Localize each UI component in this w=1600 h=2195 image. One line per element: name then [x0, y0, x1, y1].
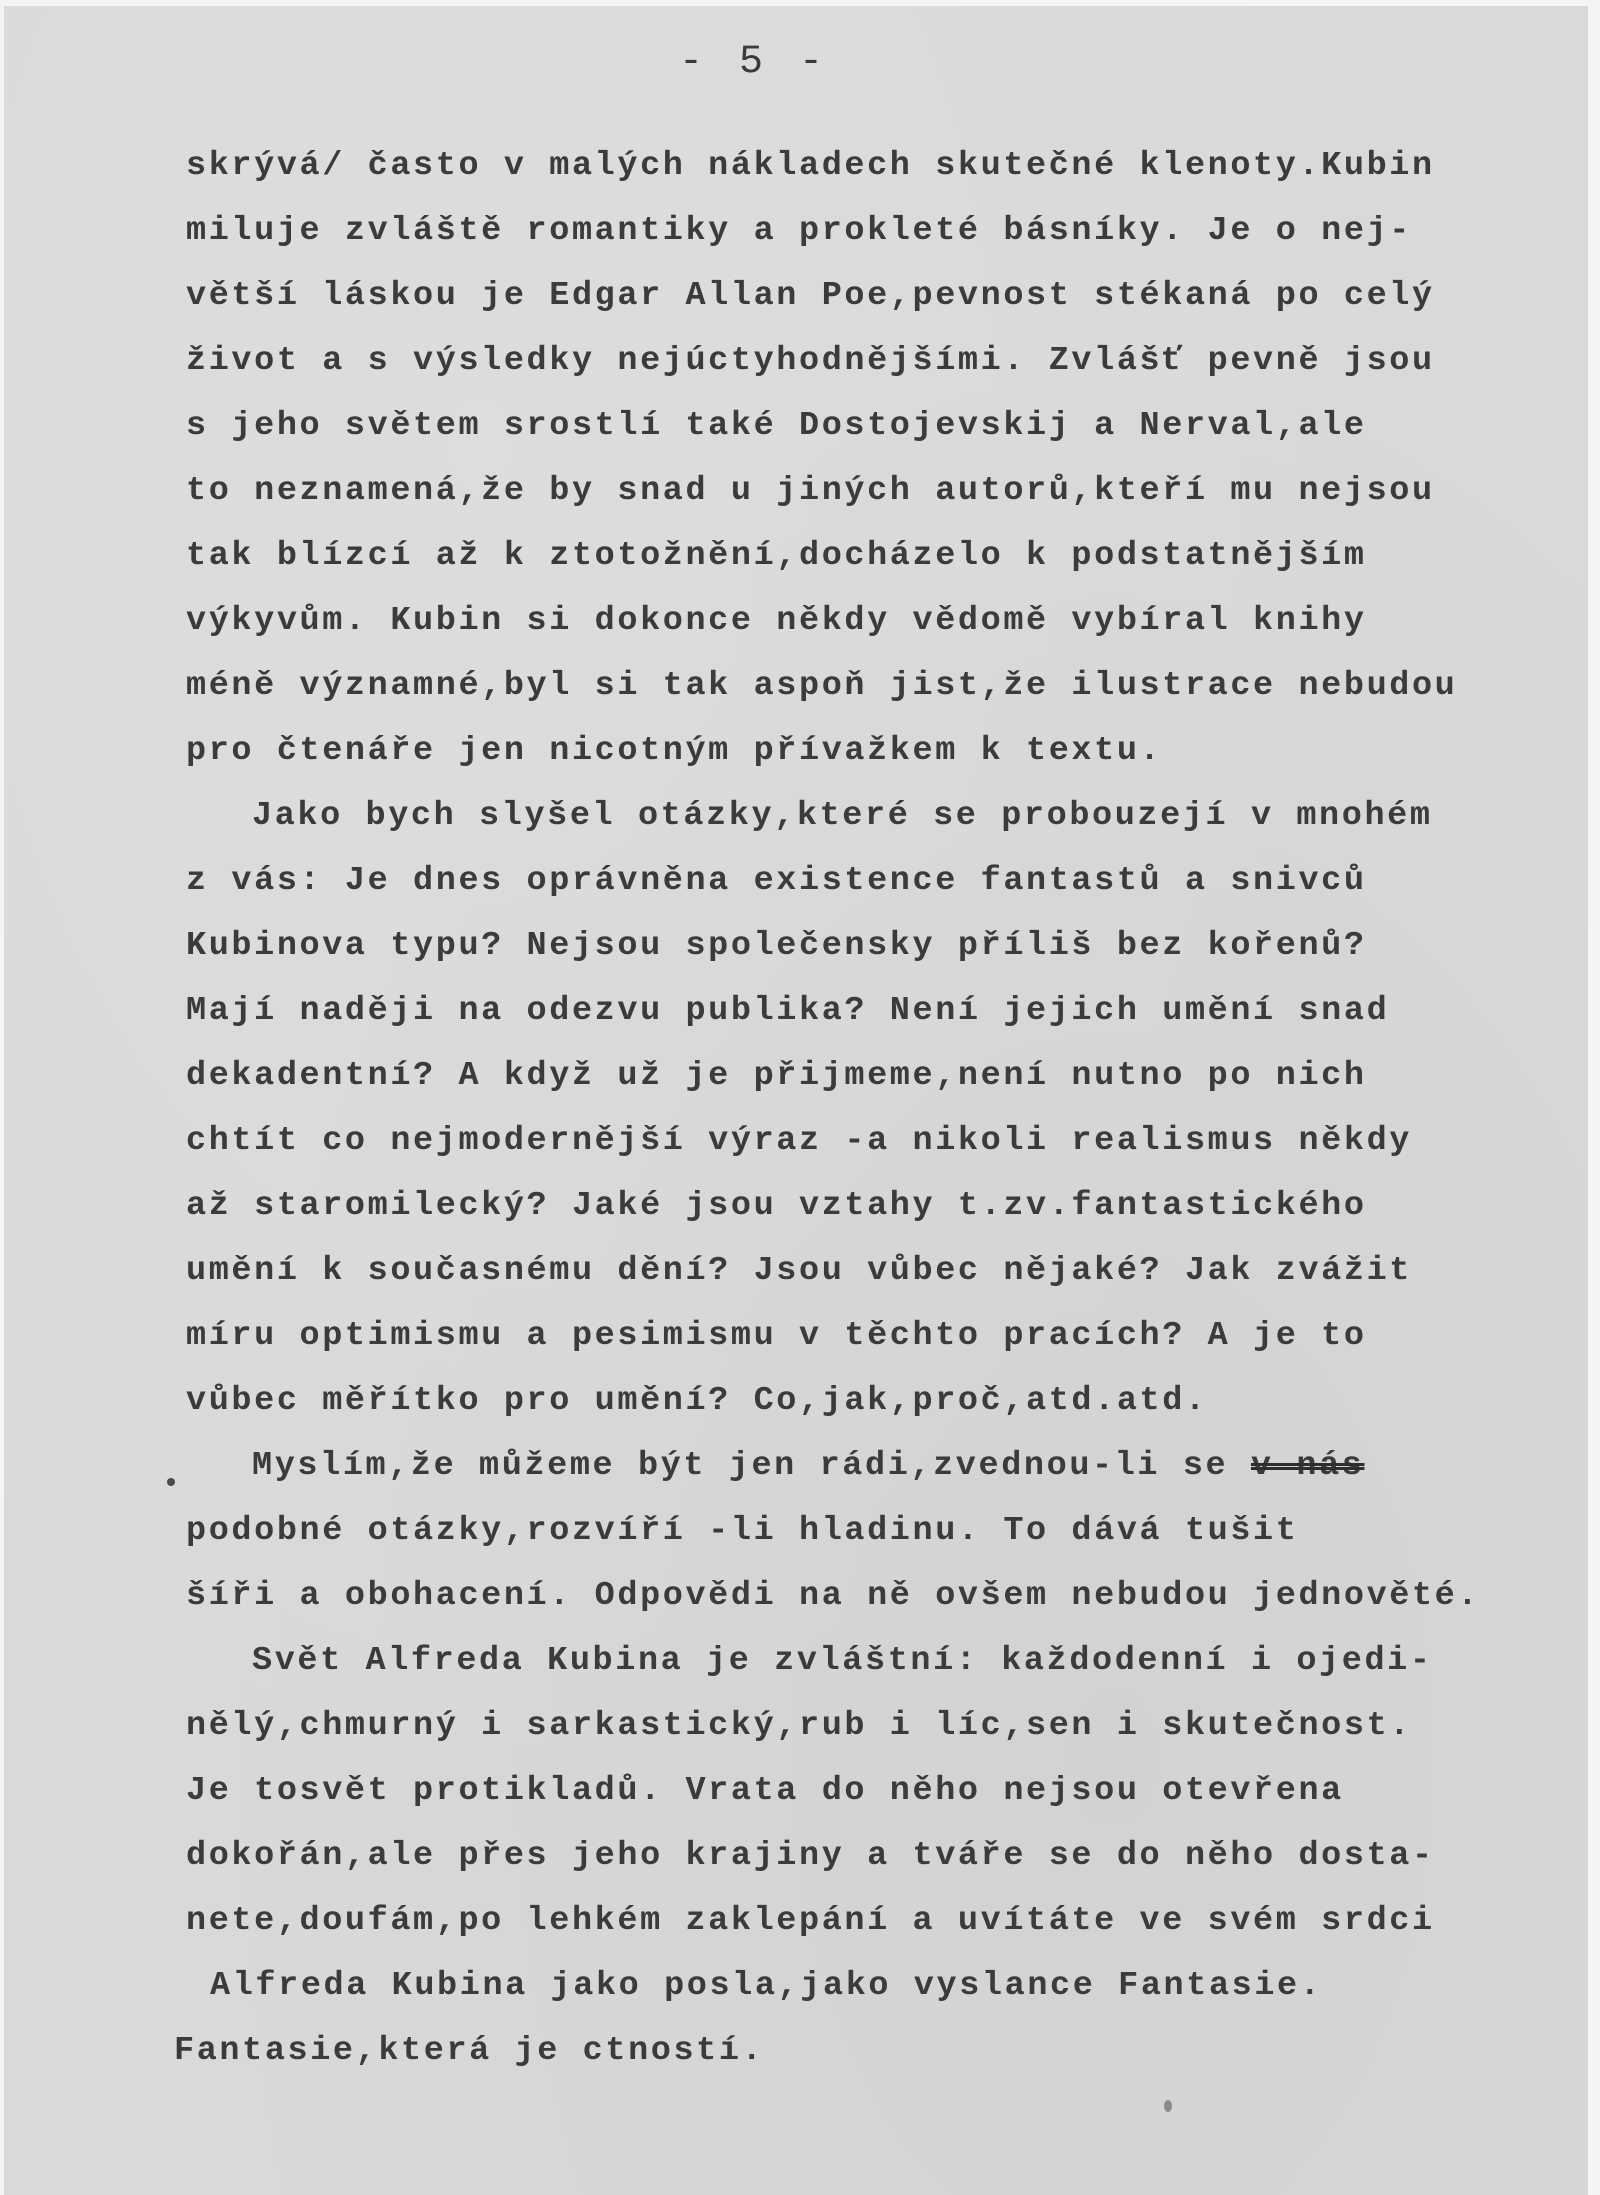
- text-line: Svět Alfreda Kubina je zvláštní: každode…: [186, 1629, 1566, 1694]
- text-line: Jako bych slyšel otázky,které se probouz…: [186, 784, 1566, 849]
- paragraph-3: Myslím,že můžeme být jen rádi,zvednou-li…: [186, 1434, 1566, 1629]
- paper-speck: [1164, 2100, 1172, 2112]
- body-text: skrývá/ často v malých nákladech skutečn…: [186, 134, 1566, 2084]
- text-line: Alfreda Kubina jako posla,jako vyslance …: [186, 1954, 1566, 2019]
- text-line: tak blízcí až k ztotožnění,docházelo k p…: [186, 524, 1566, 589]
- text-line: výkyvům. Kubin si dokonce někdy vědomě v…: [186, 589, 1566, 654]
- text-line: chtít co nejmodernější výraz -a nikoli r…: [186, 1109, 1566, 1174]
- text-line: podobné otázky,rozvíří -li hladinu. To d…: [186, 1499, 1566, 1564]
- text-line: Myslím,že můžeme být jen rádi,zvednou-li…: [186, 1434, 1566, 1499]
- text-line: to neznamená,že by snad u jiných autorů,…: [186, 459, 1566, 524]
- text-line: až staromilecký? Jaké jsou vztahy t.zv.f…: [186, 1174, 1566, 1239]
- text-line: šíři a obohacení. Odpovědi na ně ovšem n…: [186, 1564, 1566, 1629]
- text-line: skrývá/ často v malých nákladech skutečn…: [186, 134, 1566, 199]
- text-line: nělý,chmurný i sarkastický,rub i líc,sen…: [186, 1694, 1566, 1759]
- text-line: dokořán,ale přes jeho krajiny a tváře se…: [186, 1824, 1566, 1889]
- text-segment: Myslím,že můžeme být jen rádi,zvednou-li…: [252, 1447, 1251, 1485]
- text-line: Mají naději na odezvu publika? Není jeji…: [186, 979, 1566, 1044]
- paragraph-1: skrývá/ často v malých nákladech skutečn…: [186, 134, 1566, 784]
- text-line: vůbec měřítko pro umění? Co,jak,proč,atd…: [186, 1369, 1566, 1434]
- text-line: s jeho světem srostlí také Dostojevskij …: [186, 394, 1566, 459]
- typewritten-page: - 5 - skrývá/ často v malých nákladech s…: [4, 6, 1588, 2195]
- text-line: pro čtenáře jen nicotným přívažkem k tex…: [186, 719, 1566, 784]
- text-line: miluje zvláště romantiky a prokleté básn…: [186, 199, 1566, 264]
- text-line: z vás: Je dnes oprávněna existence fanta…: [186, 849, 1566, 914]
- text-line: Je tosvět protikladů. Vrata do něho nejs…: [186, 1759, 1566, 1824]
- struck-through-text: v nás: [1251, 1447, 1365, 1485]
- text-line: Fantasie,která je ctností.: [174, 2019, 1566, 2084]
- text-line: méně významné,byl si tak aspoň jist,že i…: [186, 654, 1566, 719]
- margin-mark-dot: [167, 1478, 175, 1486]
- page-number: - 5 -: [4, 40, 1504, 85]
- text-line: život a s výsledky nejúctyhodnějšími. Zv…: [186, 329, 1566, 394]
- paragraph-2: Jako bych slyšel otázky,které se probouz…: [186, 784, 1566, 1434]
- paragraph-4: Svět Alfreda Kubina je zvláštní: každode…: [186, 1629, 1566, 2084]
- text-line: větší láskou je Edgar Allan Poe,pevnost …: [186, 264, 1566, 329]
- text-line: nete,doufám,po lehkém zaklepání a uvítát…: [186, 1889, 1566, 1954]
- text-line: Kubinova typu? Nejsou společensky příliš…: [186, 914, 1566, 979]
- text-line: míru optimismu a pesimismu v těchto prac…: [186, 1304, 1566, 1369]
- text-line: dekadentní? A když už je přijmeme,není n…: [186, 1044, 1566, 1109]
- text-line: umění k současnému dění? Jsou vůbec něja…: [186, 1239, 1566, 1304]
